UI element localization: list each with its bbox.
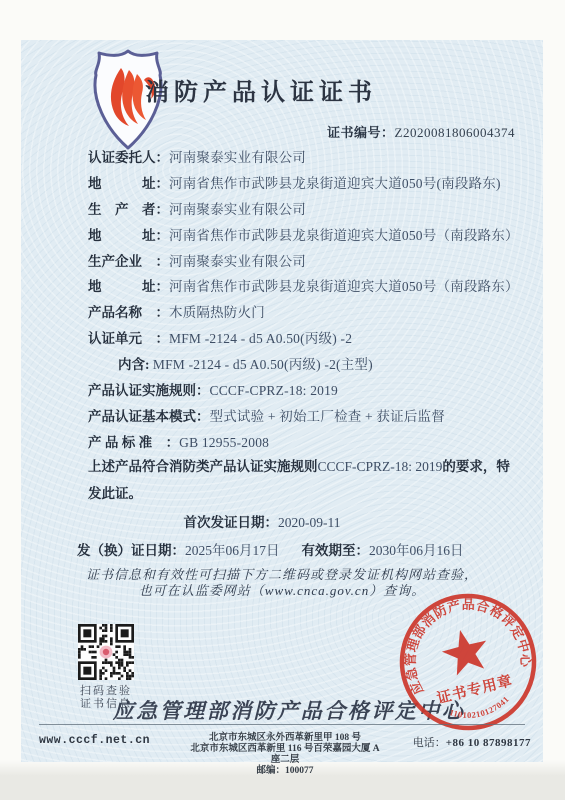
- field-label: 生产企业 ：: [88, 250, 169, 270]
- field-label: 产品认证实施规则：: [88, 379, 210, 399]
- reissue-date-label: 发（换）证日期：: [77, 543, 185, 558]
- field-row-producer-address: 地 址：河南省焦作市武陟县龙泉街道迎宾大道050号（南段路东）: [88, 224, 521, 250]
- footer-phone-label: 电话：: [413, 737, 446, 749]
- field-value: 型式试验 + 初始工厂检查 + 获证后监督: [210, 405, 445, 425]
- first-issue-date-line: 首次发证日期：2020-09-11: [21, 511, 503, 531]
- field-value: 河南省焦作市武陟县龙泉街道迎宾大道050号（南段路东）: [169, 275, 519, 295]
- certificate-page: 消防产品认证证书 证书编号：Z2020081806004374 认证委托人：河南…: [0, 0, 565, 800]
- footer-phone-number: +86 10 87898177: [446, 737, 531, 749]
- footer-address: 北京市东城区永外西革新里甲 108 号 北京市东城区西革新里 116 号百荣嘉园…: [189, 730, 381, 777]
- certificate-number-value: Z2020081806004374: [395, 125, 515, 140]
- seal-star-icon: [438, 624, 493, 677]
- conformity-statement: 上述产品符合消防类产品认证实施规则CCCF-CPRZ-18: 2019的要求，特…: [88, 454, 517, 507]
- field-row-certification-unit: 认证单元 ：MFM -2124 - d5 A0.50(丙级) -2: [88, 327, 521, 353]
- certificate-title: 消防产品认证证书: [116, 72, 406, 107]
- field-value: CCCF-CPRZ-18: 2019: [210, 383, 339, 399]
- first-issue-date-label: 首次发证日期：: [184, 515, 279, 530]
- field-label: 内含:: [118, 353, 153, 373]
- certificate-body: 消防产品认证证书 证书编号：Z2020081806004374 认证委托人：河南…: [21, 40, 543, 762]
- reissue-date-line: 发（换）证日期：2025年06月17日有效期至：2030年06月16日: [77, 539, 464, 559]
- field-value: 河南聚泰实业有限公司: [169, 250, 306, 270]
- footer-divider: [39, 724, 525, 725]
- reissue-date-value: 2025年06月17日: [185, 543, 280, 558]
- field-value: 木质隔热防火门: [169, 301, 265, 321]
- valid-until-label: 有效期至：: [302, 543, 370, 558]
- qr-code: [78, 624, 134, 680]
- field-label: 认证委托人：: [88, 146, 169, 166]
- field-label: 产 品 标 准 ：: [88, 431, 179, 451]
- footer-postcode: 邮编：100077: [189, 766, 381, 777]
- field-label: 生 产 者：: [88, 198, 169, 218]
- field-list: 认证委托人：河南聚泰实业有限公司 地 址：河南省焦作市武陟县龙泉街道迎宾大道05…: [88, 146, 521, 457]
- certificate-number-label: 证书编号：: [327, 125, 395, 140]
- field-label: 地 址：: [88, 224, 169, 244]
- first-issue-date-value: 2020-09-11: [278, 515, 341, 530]
- field-row-producer: 生 产 者：河南聚泰实业有限公司: [88, 198, 521, 224]
- footer-address-line2: 北京市东城区西革新里 116 号百荣嘉园大厦 A 座二层: [189, 744, 381, 766]
- footer: www.cccf.net.cn 北京市东城区永外西革新里甲 108 号 北京市东…: [39, 730, 531, 777]
- field-row-manufacturer: 生产企业 ：河南聚泰实业有限公司: [88, 250, 521, 276]
- field-value: 河南聚泰实业有限公司: [169, 146, 306, 166]
- verification-note-line1: 证书信息和有效性可扫描下方二维码或登录发证机构网站查验，: [21, 567, 543, 583]
- field-value: 河南省焦作市武陟县龙泉街道迎宾大道050号(南段路东): [169, 172, 501, 192]
- footer-phone: 电话：+86 10 87898177: [381, 730, 531, 750]
- field-value: MFM -2124 - d5 A0.50(丙级) -2(主型): [153, 353, 373, 373]
- field-value: GB 12955-2008: [179, 435, 269, 451]
- valid-until-value: 2030年06月16日: [369, 543, 464, 558]
- footer-website: www.cccf.net.cn: [39, 730, 189, 747]
- field-value: MFM -2124 - d5 A0.50(丙级) -2: [169, 327, 352, 347]
- certificate-number-line: 证书编号：Z2020081806004374: [327, 122, 515, 141]
- field-value: 河南聚泰实业有限公司: [169, 198, 306, 218]
- field-row-included-model: 内含: MFM -2124 - d5 A0.50(丙级) -2(主型): [88, 353, 521, 379]
- field-row-implementation-rule: 产品认证实施规则：CCCF-CPRZ-18: 2019: [88, 379, 521, 405]
- field-row-product-name: 产品名称 ：木质隔热防火门: [88, 301, 521, 327]
- field-label: 地 址：: [88, 172, 169, 192]
- field-label: 地 址：: [88, 275, 169, 295]
- field-row-applicant-address: 地 址：河南省焦作市武陟县龙泉街道迎宾大道050号(南段路东): [88, 172, 521, 198]
- field-value: 河南省焦作市武陟县龙泉街道迎宾大道050号（南段路东）: [169, 224, 519, 244]
- field-row-certification-mode: 产品认证基本模式：型式试验 + 初始工厂检查 + 获证后监督: [88, 405, 521, 431]
- footer-address-line1: 北京市东城区永外西革新里甲 108 号: [189, 733, 381, 744]
- statement-pre: 上述产品符合消防类产品认证实施规则: [88, 459, 318, 474]
- field-label: 产品认证基本模式：: [88, 405, 210, 425]
- field-label: 认证单元 ：: [88, 327, 169, 347]
- field-row-manufacturer-address: 地 址：河南省焦作市武陟县龙泉街道迎宾大道050号（南段路东）: [88, 275, 521, 301]
- statement-rule-code: CCCF-CPRZ-18: 2019: [318, 459, 443, 474]
- field-row-applicant: 认证委托人：河南聚泰实业有限公司: [88, 146, 521, 172]
- field-row-product-standard: 产 品 标 准 ：GB 12955-2008: [88, 431, 521, 457]
- official-seal: 应急管理部消防产品合格评定中心 证书专用章 11010210127041: [393, 587, 543, 737]
- field-label: 产品名称 ：: [88, 301, 169, 321]
